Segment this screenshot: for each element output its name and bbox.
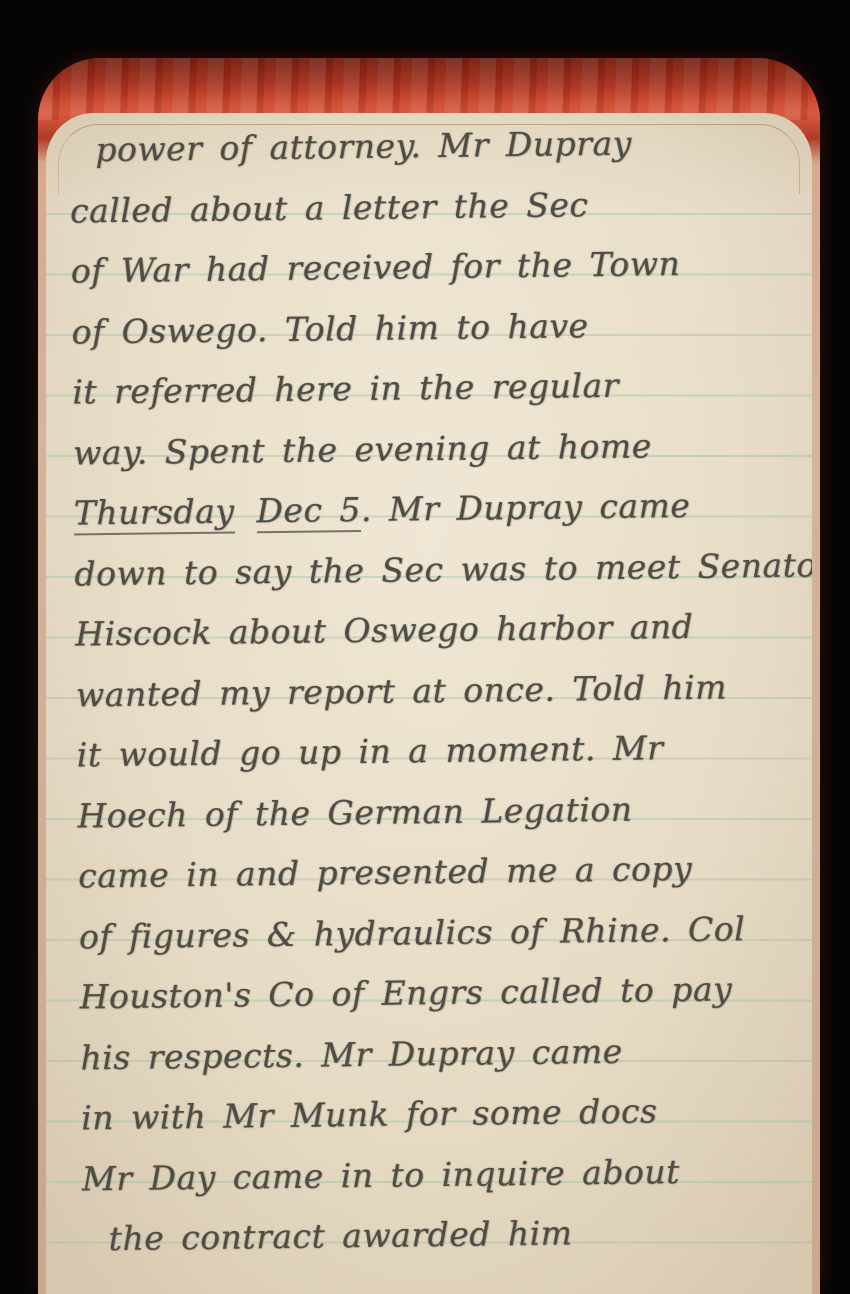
- handwriting-line: Mr Day came in to inquire about: [82, 1140, 809, 1209]
- handwriting-line: the contract awarded him: [82, 1201, 809, 1270]
- handwriting-line: came in and presented me a copy: [78, 838, 805, 907]
- handwriting-line: down to say the Sec was to meet Senator: [74, 535, 801, 604]
- handwriting-line: Hiscock about Oswego harbor and: [75, 596, 802, 665]
- red-page-edges: [38, 58, 820, 120]
- handwriting-line: Hoech of the German Legation: [77, 777, 804, 846]
- handwriting-line: in with Mr Munk for some docs: [81, 1080, 808, 1149]
- handwriting-line: of War had received for the Town: [70, 233, 797, 302]
- handwriting-line: his respects. Mr Dupray came: [80, 1019, 807, 1088]
- notebook: power of attorney. Mr Dupray called abou…: [38, 58, 820, 1294]
- date-heading-rest: . Mr Dupray came: [361, 486, 691, 529]
- handwriting-line: it would go up in a moment. Mr: [76, 717, 803, 786]
- handwriting-line: called about a letter the Sec: [70, 172, 797, 241]
- handwriting-line: power of attorney. Mr Dupray: [69, 113, 796, 181]
- handwriting-line: of Oswego. Told him to have: [71, 293, 798, 362]
- underlined-day: Thursday: [74, 491, 235, 535]
- date-heading-line: ThursdayDec 5. Mr Dupray came: [73, 475, 800, 544]
- notebook-page: power of attorney. Mr Dupray called abou…: [46, 113, 812, 1294]
- handwriting-line: way. Spent the evening at home: [73, 414, 800, 483]
- handwriting-line: of figures & hydraulics of Rhine. Col: [79, 898, 806, 967]
- underlined-date: Dec 5: [256, 490, 361, 533]
- handwritten-text: power of attorney. Mr Dupray called abou…: [69, 113, 809, 1270]
- handwriting-line: Houston's Co of Engrs called to pay: [79, 959, 806, 1028]
- handwriting-line: wanted my report at once. Told him: [76, 656, 803, 725]
- handwriting-line: it referred here in the regular: [72, 354, 799, 423]
